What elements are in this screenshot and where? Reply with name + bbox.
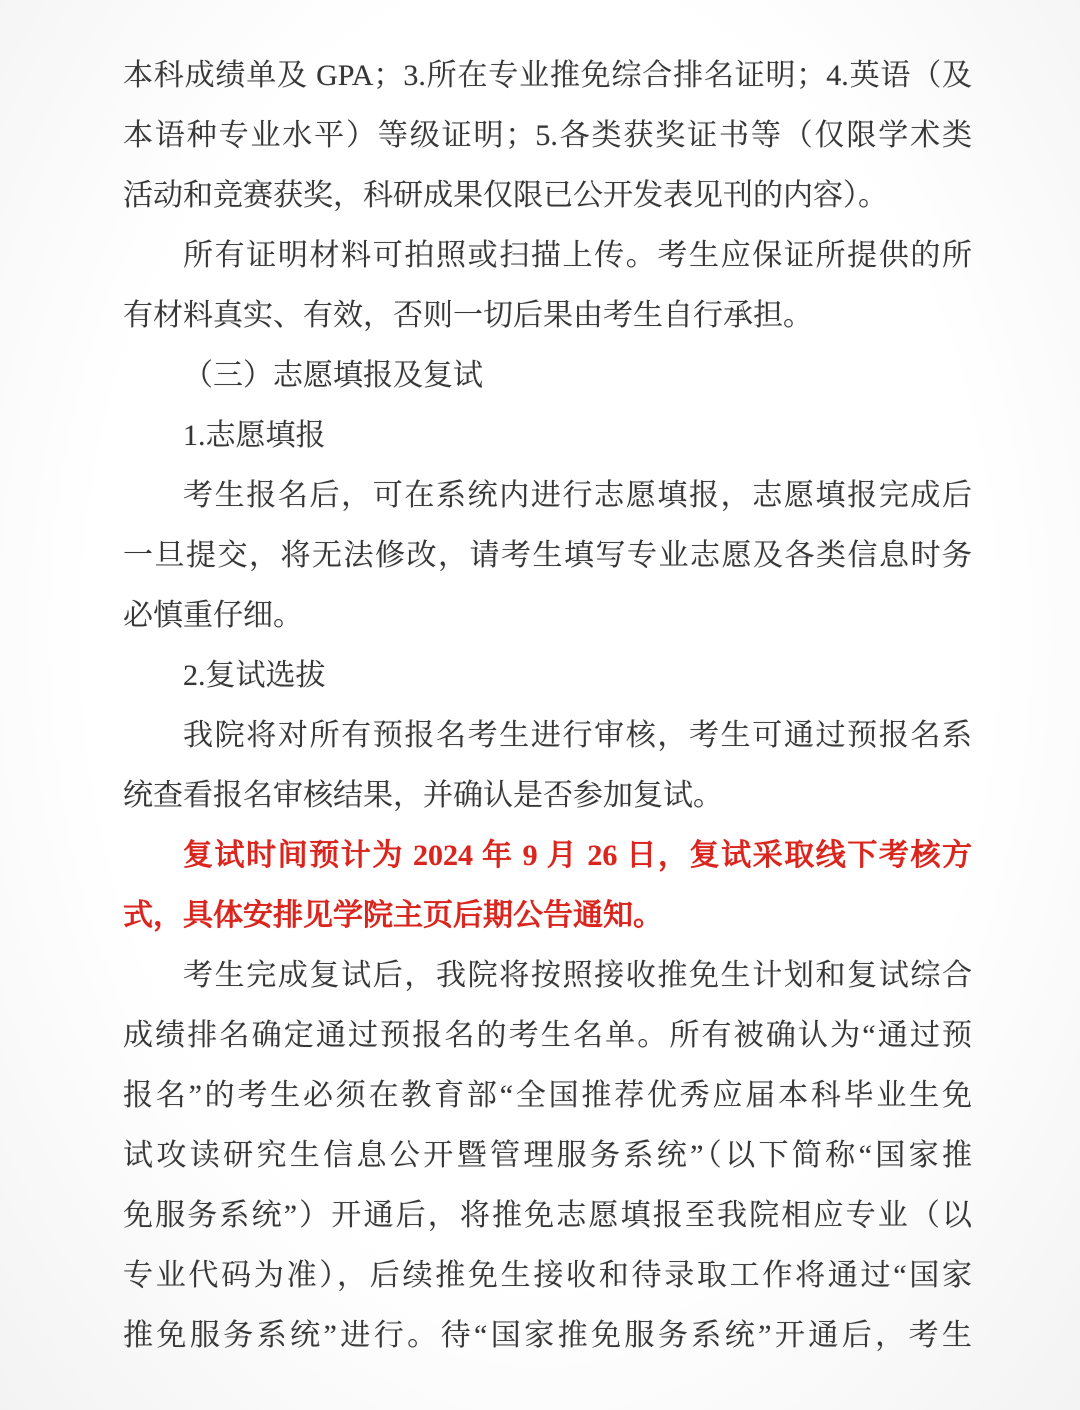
text-line: 一旦提交，将无法修改，请考生填写专业志愿及各类信息时务 — [123, 526, 972, 586]
text-line: 报名”的考生必须在教育部“全国推荐优秀应届本科毕业生免 — [123, 1066, 972, 1126]
text-line: 考生完成复试后，我院将按照接收推免生计划和复试综合 — [123, 946, 972, 1006]
text-line: （三）志愿填报及复试 — [123, 346, 972, 406]
text-line: 我院将对所有预报名考生进行审核，考生可通过预报名系 — [123, 706, 972, 766]
document-page: 本科成绩单及 GPA；3.所在专业推免综合排名证明；4.英语（及本语种专业水平）… — [0, 0, 1080, 1410]
text-line: 本科成绩单及 GPA；3.所在专业推免综合排名证明；4.英语（及 — [123, 46, 972, 106]
text-line: 免服务系统”）开通后，将推免志愿填报至我院相应专业（以 — [123, 1186, 972, 1246]
document-text-block: 本科成绩单及 GPA；3.所在专业推免综合排名证明；4.英语（及本语种专业水平）… — [0, 0, 1080, 1366]
emphasis-text-line: 式，具体安排见学院主页后期公告通知。 — [123, 886, 972, 946]
text-line: 考生报名后，可在系统内进行志愿填报，志愿填报完成后 — [123, 466, 972, 526]
text-line: 专业代码为准），后续推免生接收和待录取工作将通过“国家 — [123, 1246, 972, 1306]
text-line: 活动和竞赛获奖，科研成果仅限已公开发表见刊的内容）。 — [123, 166, 972, 226]
text-line: 有材料真实、有效，否则一切后果由考生自行承担。 — [123, 286, 972, 346]
text-line: 1.志愿填报 — [123, 406, 972, 466]
emphasis-text-line: 复试时间预计为 2024 年 9 月 26 日，复试采取线下考核方 — [123, 826, 972, 886]
text-line: 统查看报名审核结果，并确认是否参加复试。 — [123, 766, 972, 826]
text-line: 必慎重仔细。 — [123, 586, 972, 646]
text-line: 推免服务系统”进行。待“国家推免服务系统”开通后，考生 — [123, 1306, 972, 1366]
text-line: 试攻读研究生信息公开暨管理服务系统”（以下简称“国家推 — [123, 1126, 972, 1186]
text-line: 所有证明材料可拍照或扫描上传。考生应保证所提供的所 — [123, 226, 972, 286]
text-line: 2.复试选拔 — [123, 646, 972, 706]
text-line: 本语种专业水平）等级证明；5.各类获奖证书等（仅限学术类 — [123, 106, 972, 166]
text-line: 成绩排名确定通过预报名的考生名单。所有被确认为“通过预 — [123, 1006, 972, 1066]
